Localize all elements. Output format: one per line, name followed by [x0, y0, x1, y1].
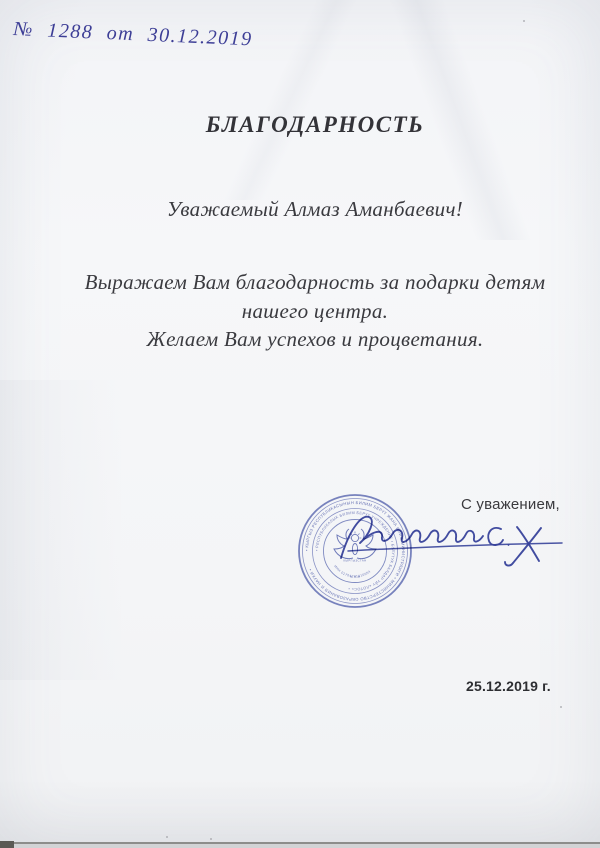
handwritten-signature — [336, 504, 580, 582]
body-line: Желаем Вам успехов и процветания. — [30, 325, 600, 354]
paper-crease — [0, 760, 600, 842]
paper-crease — [0, 380, 180, 680]
scanned-letter-page: № 1288 от 30.12.2019 БЛАГОДАРНОСТЬ Уважа… — [0, 0, 600, 848]
scan-speck — [523, 20, 525, 22]
scan-bottom-edge — [0, 842, 600, 848]
letter-body: Выражаем Вам благодарность за подарки де… — [30, 268, 600, 354]
handwritten-registration-note: № 1288 от 30.12.2019 — [13, 18, 253, 51]
signature-dot — [508, 544, 510, 546]
scan-bottom-edge-corner — [0, 841, 14, 848]
letter-title: БЛАГОДАРНОСТЬ — [30, 112, 600, 138]
body-line: нашего центра. — [30, 297, 600, 326]
body-line: Выражаем Вам благодарность за подарки де… — [30, 268, 600, 297]
signature-initials-stroke — [488, 528, 503, 545]
signature-stroke — [341, 517, 483, 558]
scan-speck — [210, 838, 212, 840]
scan-speck — [560, 706, 562, 708]
letter-date: 25.12.2019 г. — [466, 678, 551, 694]
salutation-line: Уважаемый Алмаз Аманбаевич! — [30, 197, 600, 222]
scan-speck — [166, 836, 168, 838]
